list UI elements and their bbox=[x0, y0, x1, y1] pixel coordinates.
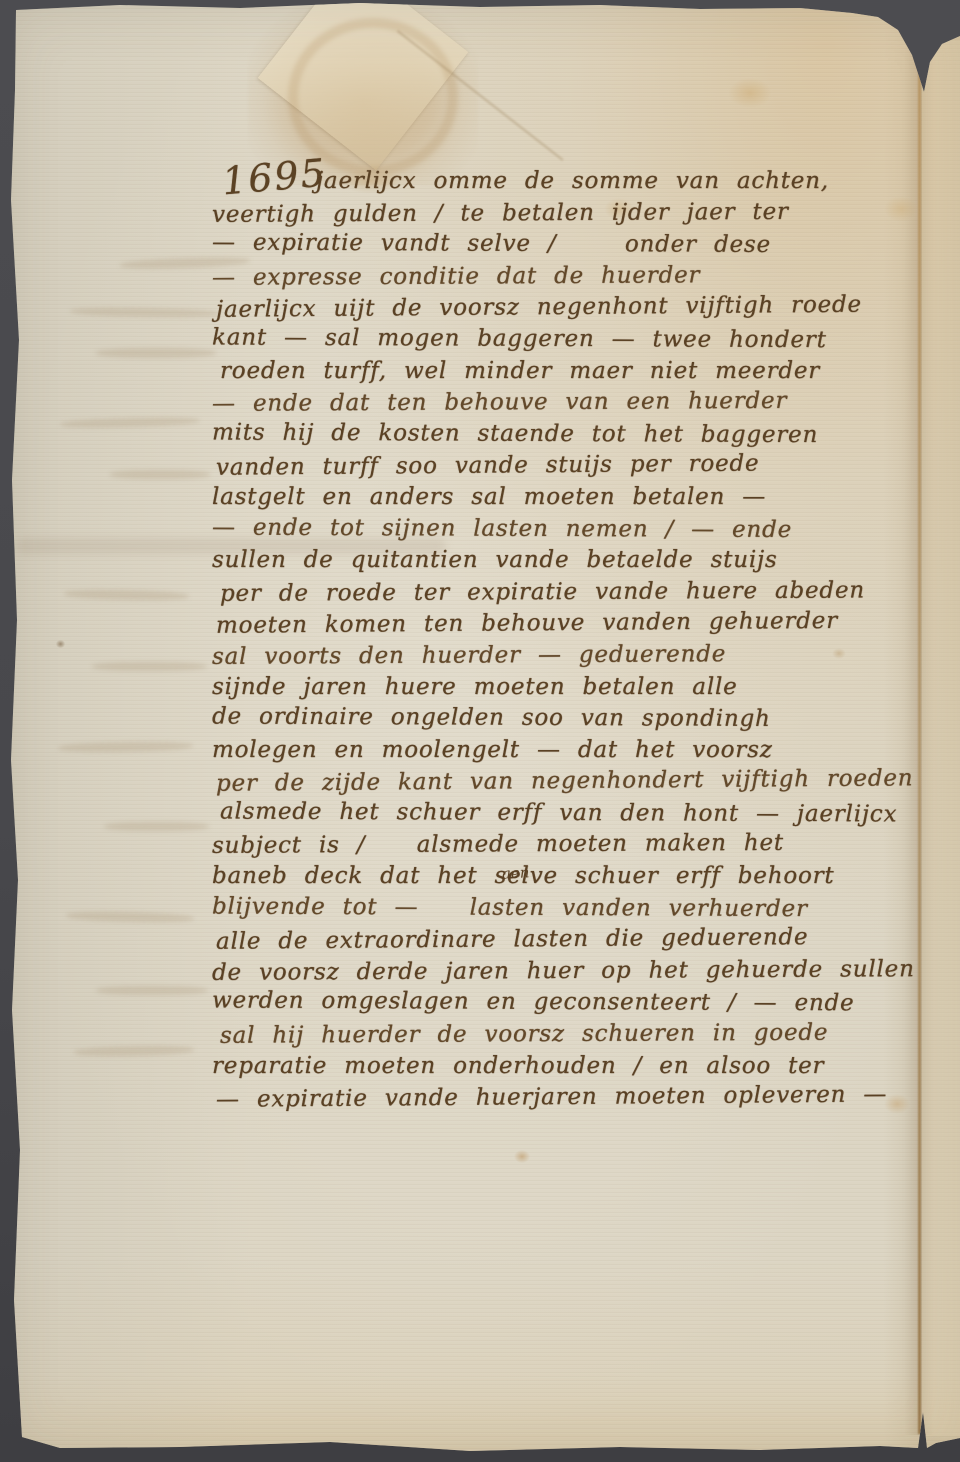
show-through-mark bbox=[92, 662, 207, 671]
manuscript-page: 1695 jaerlijcx omme de somme van achten,… bbox=[0, 0, 960, 1462]
show-through-mark bbox=[58, 741, 193, 753]
show-through-mark bbox=[66, 910, 194, 923]
text-block: jaerlijcx omme de somme van achten,veert… bbox=[212, 166, 918, 1114]
stain-spot bbox=[514, 1150, 530, 1163]
manuscript-line: jaerlijcx omme de somme van achten, bbox=[316, 166, 918, 198]
manuscript-line: molegen en moolengelt — dat het voorsz bbox=[212, 735, 918, 767]
manuscript-line: — expresse conditie dat de huerder bbox=[212, 259, 918, 294]
stain-spot bbox=[56, 640, 65, 648]
manuscript-line: subject is / alsmede moeten maken het bbox=[212, 828, 918, 863]
manuscript-line: veertigh gulden / te betalen ijder jaer … bbox=[212, 196, 918, 231]
manuscript-line: per de zijde kant van negenhondert vijft… bbox=[216, 764, 918, 801]
fold-highlight bbox=[922, 40, 960, 1436]
manuscript-line: lastgelt en anders sal moeten betalen — bbox=[212, 482, 918, 514]
manuscript-line: alle de extraordinare lasten die geduere… bbox=[216, 921, 918, 958]
fold-crease bbox=[918, 42, 921, 1434]
manuscript-line: jaerlijcx uijt de voorsz negenhont vijft… bbox=[216, 290, 918, 327]
manuscript-line: roeden turff, wel minder maer niet meerd… bbox=[220, 356, 918, 388]
manuscript-line: sal hij huerder de voorsz schueren in go… bbox=[220, 1017, 918, 1052]
stain-spot bbox=[728, 78, 772, 108]
manuscript-line: — ende tot sijnen lasten nemen / — ende bbox=[212, 512, 918, 547]
manuscript-line: werden omgeslagen en geconsenteert / — e… bbox=[212, 986, 918, 1021]
manuscript-line: — expiratie vandt selve / onder dese bbox=[212, 228, 918, 263]
show-through-mark bbox=[64, 589, 189, 602]
interline-note: aen bbox=[502, 865, 530, 881]
scan-background: 1695 jaerlijcx omme de somme van achten,… bbox=[0, 0, 960, 1462]
manuscript-line: moeten komen ten behouve vanden gehuerde… bbox=[216, 606, 918, 643]
show-through-mark bbox=[96, 348, 216, 358]
manuscript-line: alsmede het schuer erff van den hont — j… bbox=[220, 796, 918, 831]
show-through-mark bbox=[60, 416, 200, 429]
manuscript-line: blijvende tot — lasten vanden verhuerder bbox=[212, 891, 918, 926]
show-through-mark bbox=[110, 470, 210, 479]
manuscript-line: de ordinaire ongelden soo van spondingh bbox=[212, 702, 918, 737]
manuscript-line: mits hij de kosten staende tot het bagge… bbox=[212, 417, 918, 452]
manuscript-line: sal voorts den huerder — geduerende bbox=[212, 638, 918, 673]
manuscript-line: de voorsz derde jaren huer op het gehuer… bbox=[212, 954, 918, 989]
manuscript-line: per de roede ter expiratie vande huere a… bbox=[220, 575, 918, 610]
manuscript-line: sullen de quitantien vande betaelde stui… bbox=[212, 545, 918, 577]
show-through-mark bbox=[74, 1045, 194, 1058]
manuscript-line: kant — sal mogen baggeren — twee hondert bbox=[212, 322, 918, 357]
manuscript-line: vanden turff soo vande stuijs per roede bbox=[216, 448, 918, 485]
show-through-mark bbox=[70, 307, 220, 319]
manuscript-line: baneb deck dat het selve schuer erff beh… bbox=[212, 861, 918, 893]
manuscript-line: reparatie moeten onderhouden / en alsoo … bbox=[212, 1051, 918, 1083]
show-through-mark bbox=[104, 822, 209, 831]
manuscript-line: sijnde jaren huere moeten betalen alle bbox=[212, 672, 918, 704]
manuscript-line: — expiratie vande huerjaren moeten oplev… bbox=[216, 1079, 918, 1116]
show-through-mark bbox=[96, 986, 208, 995]
manuscript-line: — ende dat ten behouve van een huerder bbox=[212, 385, 918, 420]
